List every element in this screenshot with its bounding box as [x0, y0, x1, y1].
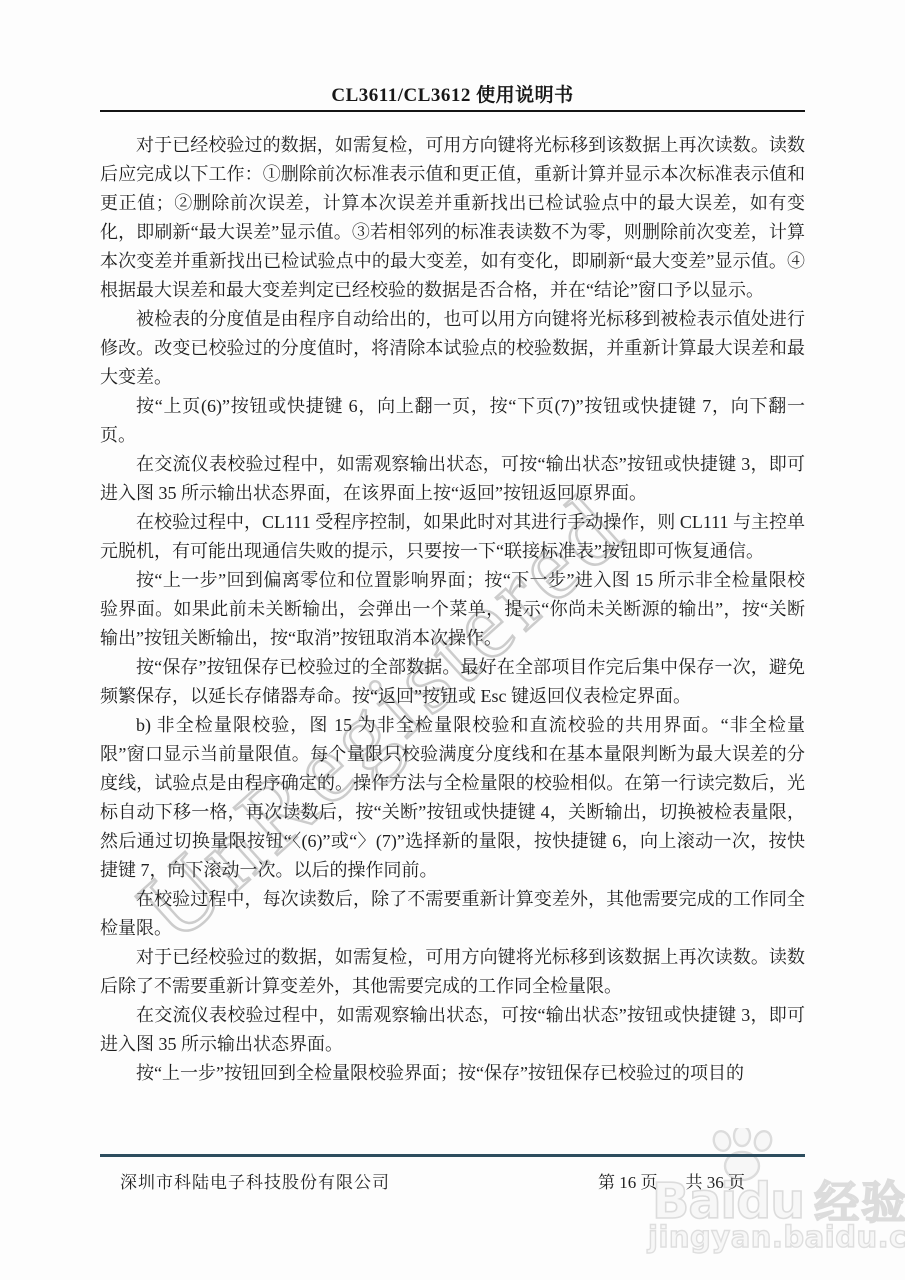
paragraph: 按“保存”按钮保存已校验过的全部数据。最好在全部项目作完后集中保存一次，避免频繁…	[100, 653, 805, 711]
footer-page-total: 共 36 页	[686, 1168, 746, 1193]
paragraph: 被检表的分度值是由程序自动给出的，也可以用方向键将光标移到被检表示值处进行修改。…	[100, 305, 805, 392]
paragraph: 按“上一步”按钮回到全检量限校验界面；按“保存”按钮保存已校验过的项目的	[100, 1059, 805, 1088]
paragraph: 在校验过程中，CL111 受程序控制，如果此时对其进行手动操作，则 CL111 …	[100, 508, 805, 566]
document-body: 对于已经校验过的数据，如需复检，可用方向键将光标移到该数据上再次读数。读数后应完…	[100, 131, 805, 1088]
paragraph: 对于已经校验过的数据，如需复检，可用方向键将光标移到该数据上再次读数。读数后除了…	[100, 943, 805, 1001]
paragraph: 对于已经校验过的数据，如需复检，可用方向键将光标移到该数据上再次读数。读数后应完…	[100, 131, 805, 305]
footer-rule	[100, 1154, 805, 1157]
baidu-logo-du: du	[736, 1173, 804, 1230]
header-title: CL3611/CL3612 使用说明书	[100, 80, 805, 107]
manual-page: CL3611/CL3612 使用说明书 对于已经校验过的数据，如需复检，可用方向…	[0, 0, 905, 1280]
footer-company: 深圳市科陆电子科技股份有限公司	[120, 1168, 390, 1193]
footer-page-indicator: 第 16 页 共 36 页	[598, 1168, 745, 1193]
jingyan-url-text: jingyan.baidu.com	[648, 1220, 905, 1254]
footer-page-current: 第 16 页	[598, 1168, 658, 1193]
paragraph: 按“上一步”回到偏离零位和位置影响界面；按“下一步”进入图 15 所示非全检量限…	[100, 566, 805, 653]
paragraph: b) 非全检量限校验，图 15 为非全检量限校验和直流校验的共用界面。“非全检量…	[100, 711, 805, 885]
paragraph: 按“上页(6)”按钮或快捷键 6，向上翻一页，按“下页(7)”按钮或快捷键 7，…	[100, 392, 805, 450]
paragraph: 在交流仪表校验过程中，如需观察输出状态，可按“输出状态”按钮或快捷键 3，即可进…	[100, 450, 805, 508]
paragraph: 在校验过程中，每次读数后，除了不需要重新计算变差外，其他需要完成的工作同全检量限…	[100, 885, 805, 943]
baidu-logo-jingyan: 经验	[814, 1176, 905, 1229]
paragraph: 在交流仪表校验过程中，如需观察输出状态，可按“输出状态”按钮或快捷键 3，即可进…	[100, 1001, 805, 1059]
page-header: CL3611/CL3612 使用说明书	[100, 80, 805, 112]
